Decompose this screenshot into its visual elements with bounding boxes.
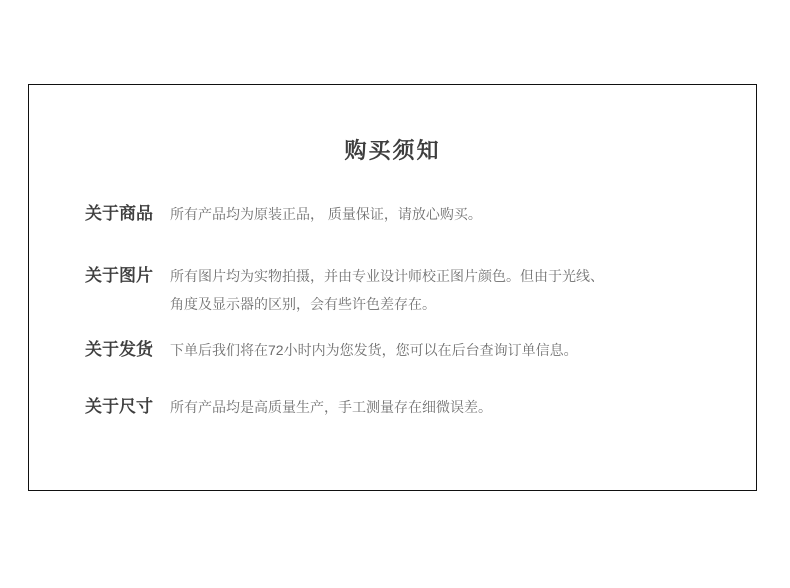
notice-row-desc: 下单后我们将在72小时内为您发货，您可以在后台查询订单信息。 [170, 336, 710, 364]
notice-rows: 关于商品 所有产品均为原装正品， 质量保证，请放心购买。 关于图片 所有图片均为… [29, 200, 756, 421]
notice-title: 购买须知 [29, 138, 756, 164]
notice-row-shipping: 关于发货 下单后我们将在72小时内为您发货，您可以在后台查询订单信息。 [85, 336, 710, 364]
notice-row-desc: 所有产品均为原装正品， 质量保证，请放心购买。 [170, 200, 710, 228]
page-canvas: 购买须知 关于商品 所有产品均为原装正品， 质量保证，请放心购买。 关于图片 所… [0, 0, 790, 588]
notice-row-label: 关于尺寸 [85, 393, 170, 421]
notice-row-label: 关于发货 [85, 336, 170, 364]
notice-row-product: 关于商品 所有产品均为原装正品， 质量保证，请放心购买。 [85, 200, 710, 228]
notice-row-desc: 所有产品均是高质量生产，手工测量存在细微误差。 [170, 393, 710, 421]
notice-row-images: 关于图片 所有图片均为实物拍摄，并由专业设计师校正图片颜色。但由于光线、 角度及… [85, 262, 710, 318]
notice-row-size: 关于尺寸 所有产品均是高质量生产，手工测量存在细微误差。 [85, 393, 710, 421]
purchase-notice-card: 购买须知 关于商品 所有产品均为原装正品， 质量保证，请放心购买。 关于图片 所… [28, 84, 757, 491]
notice-row-label: 关于商品 [85, 200, 170, 228]
notice-row-desc: 所有图片均为实物拍摄，并由专业设计师校正图片颜色。但由于光线、 角度及显示器的区… [170, 262, 710, 318]
notice-row-label: 关于图片 [85, 262, 170, 290]
